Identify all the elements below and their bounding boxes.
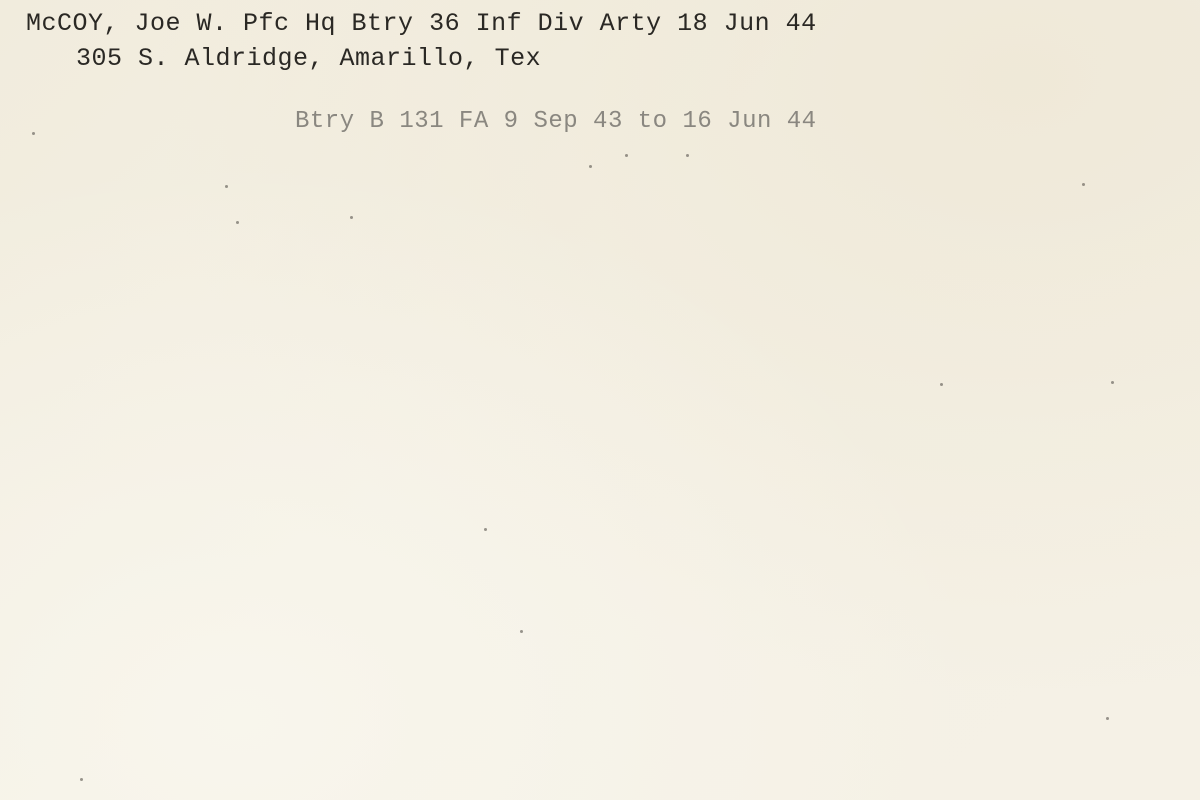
- paper-speck: [236, 221, 239, 224]
- paper-speck: [940, 383, 943, 386]
- paper-speck: [589, 165, 592, 168]
- paper-speck: [484, 528, 487, 531]
- paper-speck: [80, 778, 83, 781]
- prior-service-line: Btry B 131 FA 9 Sep 43 to 16 Jun 44: [295, 108, 817, 135]
- paper-speck: [686, 154, 689, 157]
- paper-speck: [1111, 381, 1114, 384]
- paper-speck: [350, 216, 353, 219]
- paper-speck: [625, 154, 628, 157]
- address-line: 305 S. Aldridge, Amarillo, Tex: [76, 44, 541, 73]
- paper-speck: [1082, 183, 1085, 186]
- index-card: McCOY, Joe W. Pfc Hq Btry 36 Inf Div Art…: [0, 0, 1200, 800]
- name-rank-unit-line: McCOY, Joe W. Pfc Hq Btry 36 Inf Div Art…: [26, 9, 817, 38]
- paper-speck: [520, 630, 523, 633]
- paper-speck: [1106, 717, 1109, 720]
- paper-speck: [32, 132, 35, 135]
- paper-speck: [225, 185, 228, 188]
